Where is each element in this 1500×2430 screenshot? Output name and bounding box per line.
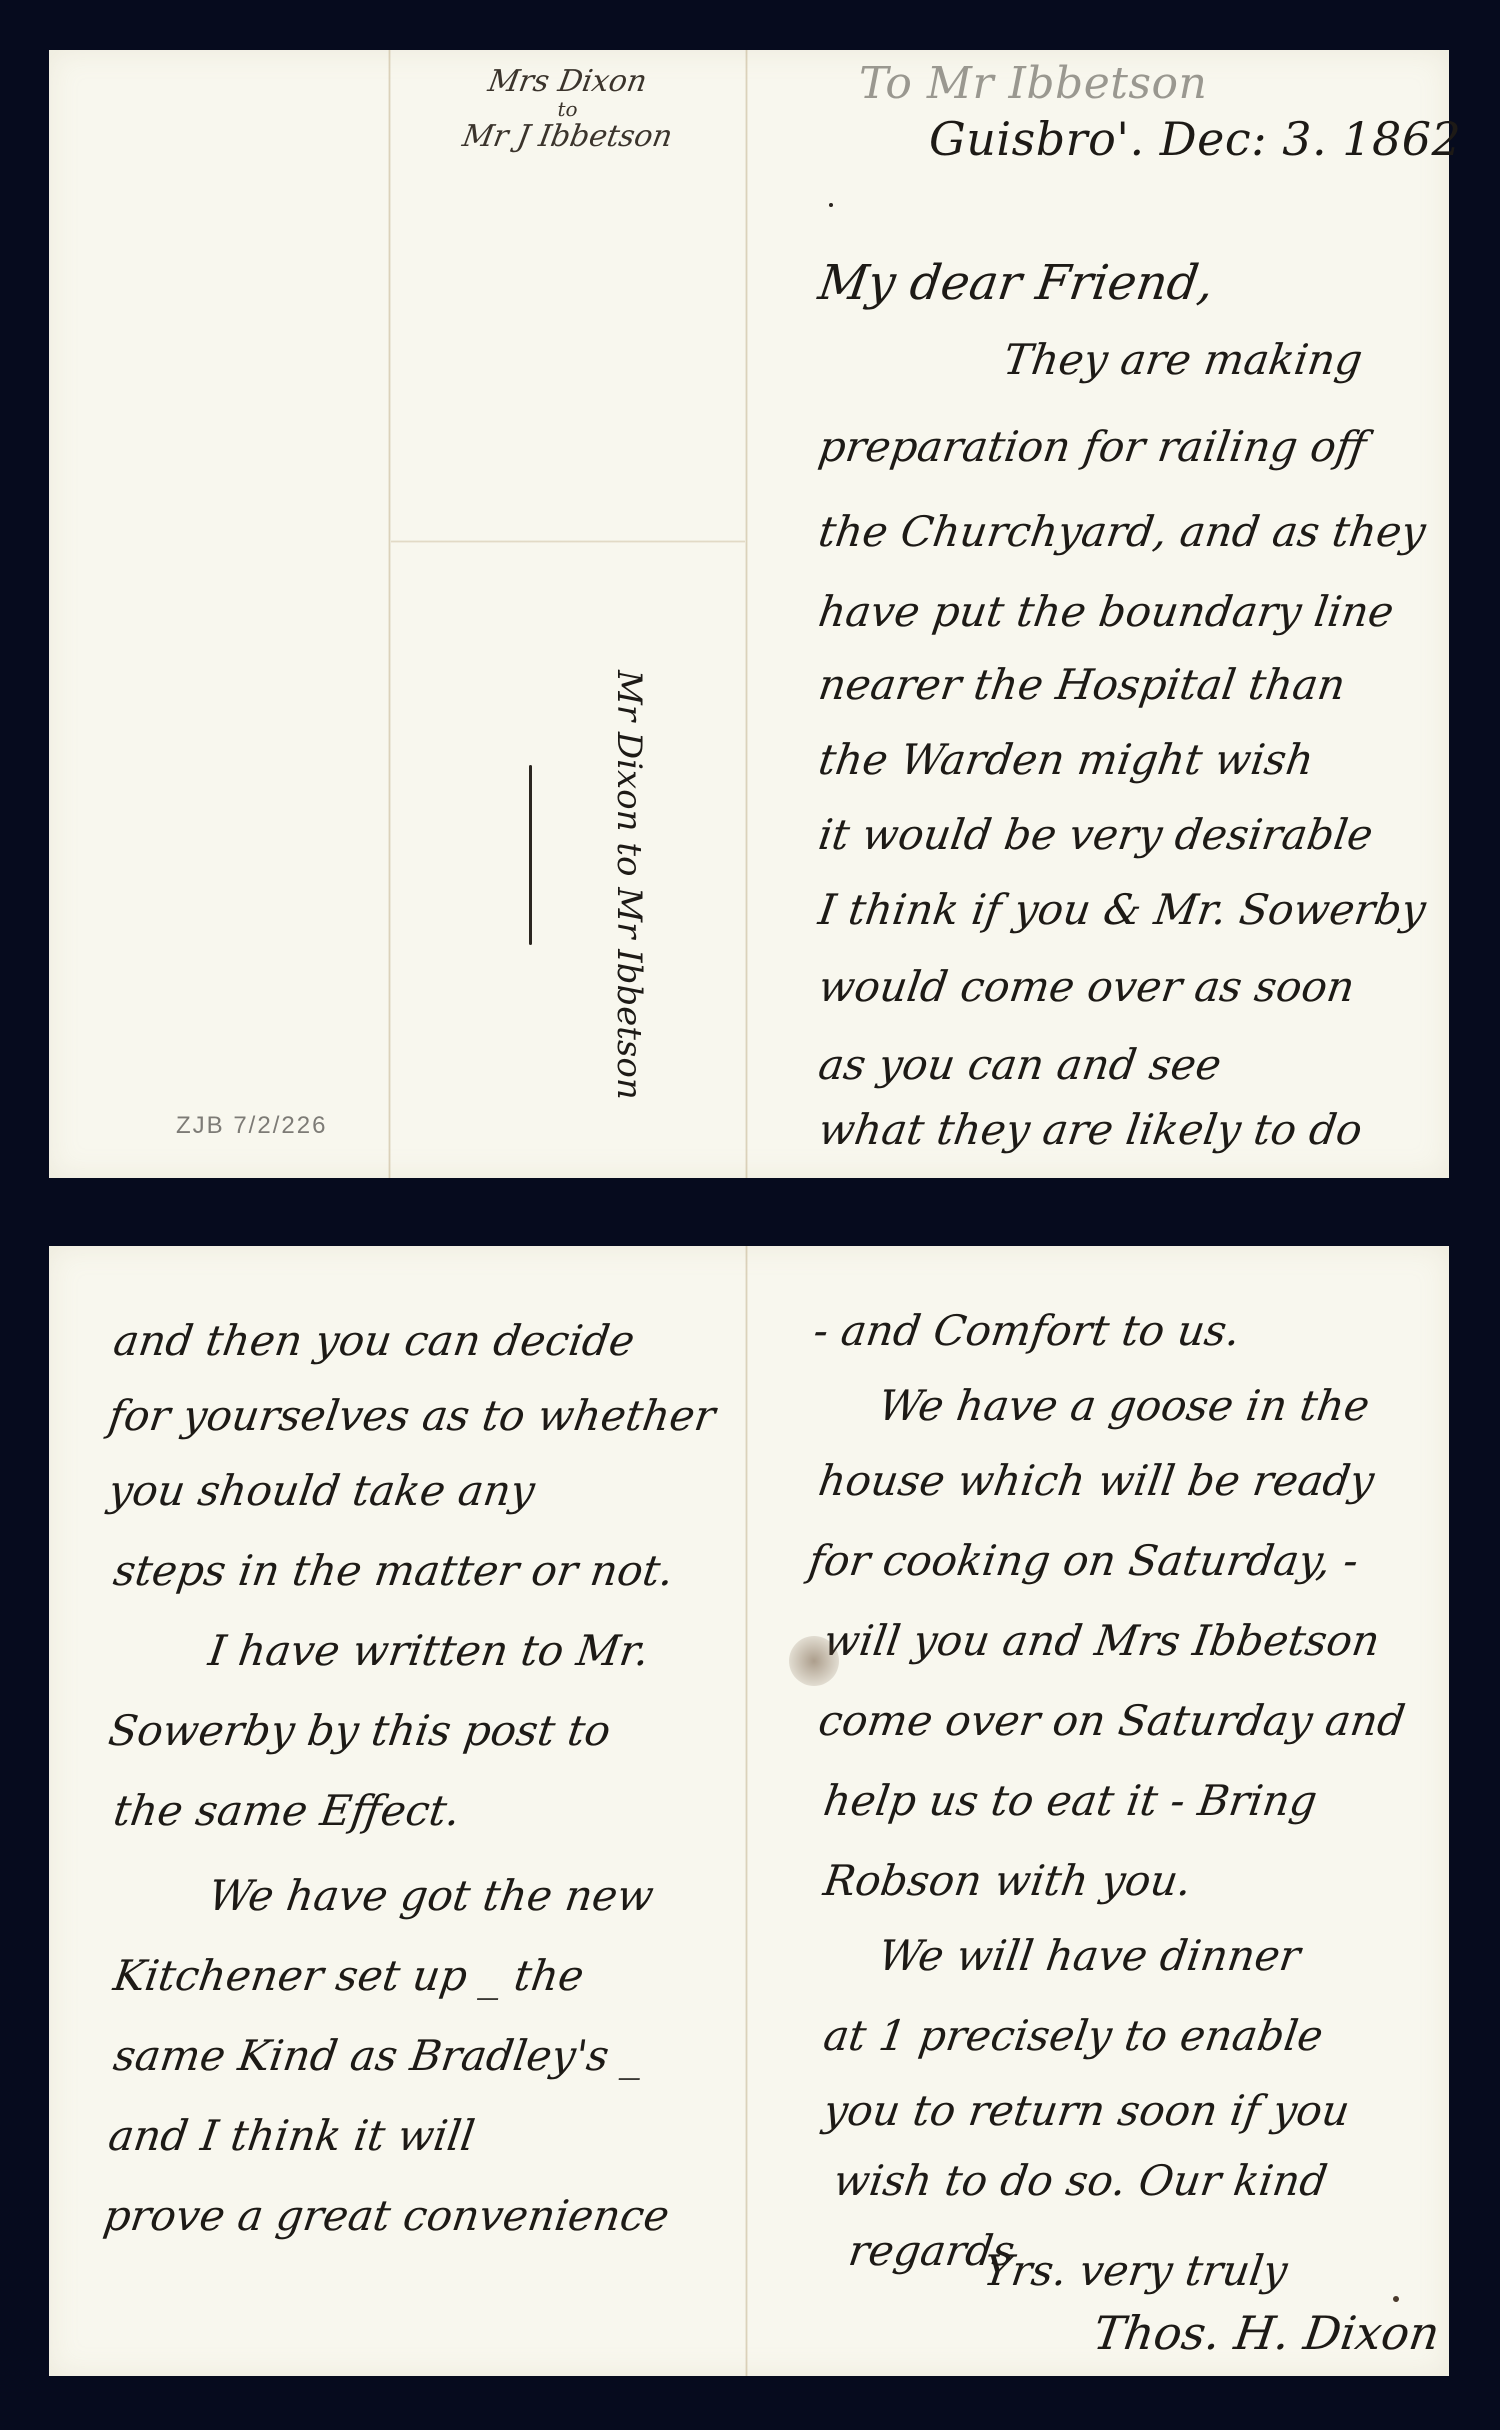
letter-line: and I think it will	[106, 2111, 478, 2160]
letter-line: the Warden might wish	[816, 735, 1317, 784]
letter-line: and then you can decide	[111, 1316, 638, 1365]
docket-from: Mrs Dixon	[387, 64, 748, 99]
fold-line-horizontal	[391, 540, 745, 543]
fold-line-vertical-center	[745, 1246, 748, 2376]
letter-line: I think if you & Mr. Sowerby	[816, 885, 1429, 934]
letter-line: help us to eat it - Bring	[821, 1776, 1321, 1825]
letter-line: They are making	[1001, 335, 1366, 384]
letter-line: as you can and see	[816, 1040, 1225, 1089]
letter-sheet-inner: and then you can decide for yourselves a…	[49, 1246, 1449, 2376]
letter-line: same Kind as Bradley's _	[111, 2031, 647, 2080]
ink-dot	[1393, 2296, 1399, 2302]
letter-sheet-outer: Mrs Dixon to Mr J Ibbetson Mr Dixon to M…	[49, 50, 1449, 1178]
letter-line: Robson with you.	[821, 1856, 1195, 1905]
dateline-place: Guisbro'.	[929, 112, 1145, 166]
signature: Thos. H. Dixon	[1090, 2306, 1443, 2360]
salutation: My dear Friend,	[815, 255, 1217, 311]
letter-line: for cooking on Saturday, -	[806, 1536, 1362, 1585]
closing: Yrs. very truly	[981, 2246, 1291, 2295]
letter-line: come over on Saturday and	[816, 1696, 1409, 1745]
letter-line: We will have dinner	[876, 1931, 1304, 1980]
letter-line: Sowerby by this post to	[106, 1706, 614, 1755]
letter-line: Kitchener set up _ the	[111, 1951, 587, 2000]
dateline-date: Dec: 3. 1862	[1160, 112, 1462, 166]
letter-line: at 1 precisely to enable	[821, 2011, 1327, 2060]
letter-line: for yourselves as to whether	[106, 1391, 719, 1440]
letter-line: have put the boundary line	[816, 587, 1397, 636]
fold-line-vertical-left	[388, 50, 391, 1178]
letter-line: preparation for railing off	[816, 422, 1370, 471]
ink-dot	[829, 203, 833, 207]
letter-line: the same Effect.	[111, 1786, 464, 1835]
letter-line: it would be very desirable	[816, 810, 1376, 859]
pencil-note: To Mr Ibbetson	[859, 58, 1207, 109]
letter-line: you to return soon if you	[821, 2086, 1353, 2135]
letter-line: I have written to Mr.	[206, 1626, 653, 1675]
letter-line: We have got the new	[206, 1871, 657, 1920]
letter-line: would come over as soon	[816, 962, 1358, 1011]
letter-line: the Churchyard, and as they	[816, 507, 1429, 556]
ink-blot	[789, 1636, 839, 1686]
docket-address: Mrs Dixon to Mr J Ibbetson	[390, 64, 745, 154]
letter-line: nearer the Hospital than	[816, 660, 1349, 709]
dateline: Guisbro'. Dec: 3. 1862	[929, 112, 1461, 166]
docket-to-word: to	[390, 97, 745, 121]
letter-line: will you and Mrs Ibbetson	[821, 1616, 1383, 1665]
letter-line: wish to do so. Our kind	[831, 2156, 1331, 2205]
letter-line: We have a goose in the	[876, 1381, 1373, 1430]
letter-line: house which will be ready	[816, 1456, 1378, 1505]
letter-line: what they are likely to do	[816, 1105, 1366, 1154]
docket-recipient: Mr J Ibbetson	[387, 119, 748, 154]
archive-reference: ZJB 7/2/226	[176, 1112, 327, 1140]
fold-line-vertical-center	[745, 50, 748, 1178]
letter-line: - and Comfort to us.	[811, 1306, 1244, 1355]
vertical-endorsement: Mr Dixon to Mr Ibbetson	[609, 670, 649, 1100]
letter-line: prove a great convenience	[101, 2191, 673, 2240]
endorsement-rule	[529, 765, 532, 945]
letter-line: you should take any	[106, 1466, 538, 1515]
letter-line: steps in the matter or not.	[111, 1546, 677, 1595]
